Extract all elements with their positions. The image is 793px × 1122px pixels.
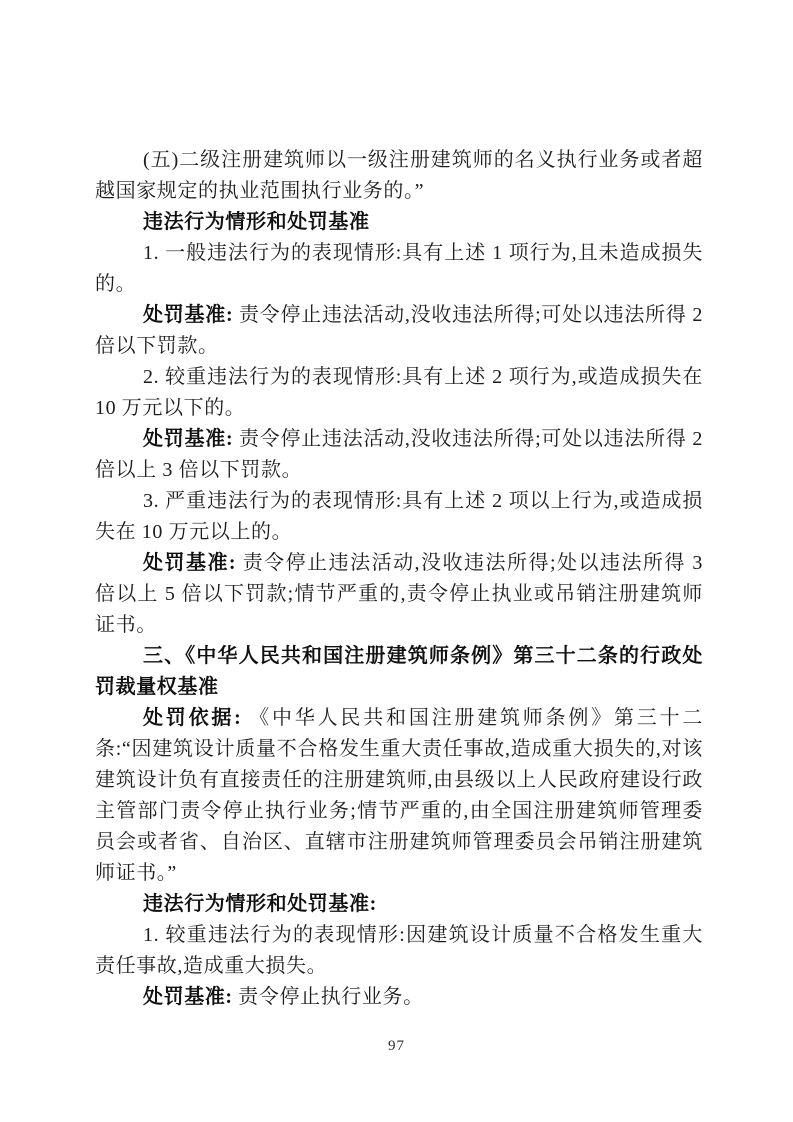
- paragraph-lead-label: 处罚基准:: [143, 428, 233, 450]
- document-body: (五)二级注册建筑师以一级注册建筑师的名义执行业务或者超越国家规定的执业范围执行…: [95, 145, 703, 1013]
- paragraph: 1. 一般违法行为的表现情形:具有上述 1 项行为,且未造成损失的。: [95, 238, 703, 300]
- paragraph-text: 责令停止执行业务。: [238, 986, 423, 1008]
- paragraph: 处罚基准: 责令停止执行业务。: [95, 982, 703, 1013]
- paragraph: 1. 较重违法行为的表现情形:因建筑设计质量不合格发生重大责任事故,造成重大损失…: [95, 920, 703, 982]
- paragraph: 3. 严重违法行为的表现情形:具有上述 2 项以上行为,或造成损失在 10 万元…: [95, 486, 703, 548]
- paragraph: 处罚基准: 责令停止违法活动,没收违法所得;处以违法所得 3 倍以上 5 倍以下…: [95, 548, 703, 641]
- page-number: 97: [0, 1036, 793, 1056]
- paragraph: 2. 较重违法行为的表现情形:具有上述 2 项行为,或造成损失在 10 万元以下…: [95, 362, 703, 424]
- paragraph-lead-label: 处罚基准:: [143, 552, 236, 574]
- paragraph: (五)二级注册建筑师以一级注册建筑师的名义执行业务或者超越国家规定的执业范围执行…: [95, 145, 703, 207]
- paragraph-text: 《中华人民共和国注册建筑师条例》第三十二条:“因建筑设计质量不合格发生重大责任事…: [95, 707, 703, 884]
- paragraph-lead-label: 处罚基准:: [143, 986, 233, 1008]
- paragraph: 处罚依据: 《中华人民共和国注册建筑师条例》第三十二条:“因建筑设计质量不合格发…: [95, 703, 703, 889]
- section-heading: 三、《中华人民共和国注册建筑师条例》第三十二条的行政处罚裁量权基准: [95, 641, 703, 703]
- paragraph-lead-label: 处罚依据:: [143, 707, 241, 729]
- section-heading: 违法行为情形和处罚基准: [95, 207, 703, 238]
- paragraph-lead-label: 处罚基准:: [143, 304, 233, 326]
- paragraph: 处罚基准: 责令停止违法活动,没收违法所得;可处以违法所得 2 倍以上 3 倍以…: [95, 424, 703, 486]
- paragraph: 处罚基准: 责令停止违法活动,没收违法所得;可处以违法所得 2 倍以下罚款。: [95, 300, 703, 362]
- section-heading: 违法行为情形和处罚基准:: [95, 889, 703, 920]
- document-page: (五)二级注册建筑师以一级注册建筑师的名义执行业务或者超越国家规定的执业范围执行…: [0, 0, 793, 1122]
